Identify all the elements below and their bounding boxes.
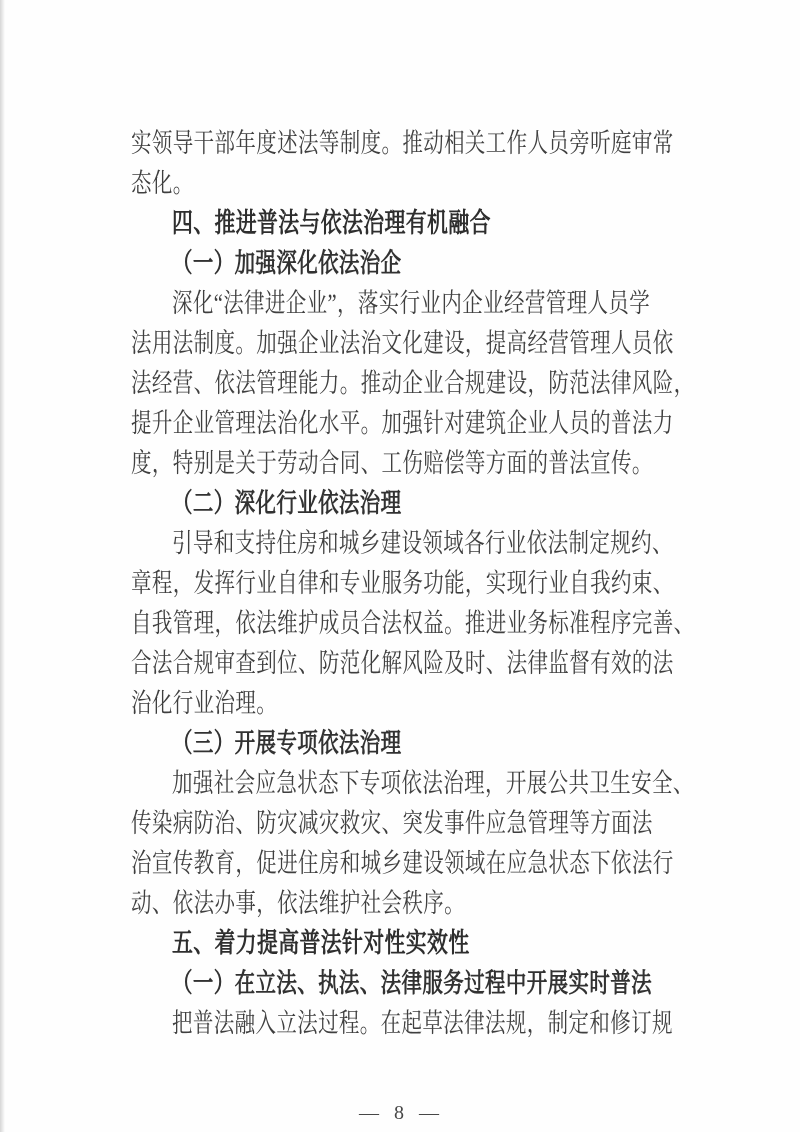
document-text-column: 实领导干部年度述法等制度。推动相关工作人员旁听庭审常 态化。 四、推进普法与依法… (131, 123, 695, 1043)
body-text-line: 治化行业治理。 (131, 683, 695, 723)
body-text-line: 动、依法办事，依法维护社会秩序。 (131, 883, 695, 923)
body-text-line: 加强社会应急状态下专项依法治理，开展公共卫生安全、 (131, 763, 695, 803)
body-text-line: 治宣传教育，促进住房和城乡建设领域在应急状态下依法行 (131, 843, 695, 883)
body-text-line: 实领导干部年度述法等制度。推动相关工作人员旁听庭审常 (131, 123, 695, 163)
paragraph: 引导和支持住房和城乡建设领域各行业依法制定规约、 章程，发挥行业自律和专业服务功… (131, 523, 695, 723)
paragraph: 把普法融入立法过程。在起草法律法规，制定和修订规 (131, 1003, 695, 1043)
body-text-line: 章程，发挥行业自律和专业服务功能，实现行业自我约束、 (131, 563, 695, 603)
section-heading: 四、推进普法与依法治理有机融合 (131, 203, 695, 243)
body-text-line: 合法合规审查到位、防范化解风险及时、法律监督有效的法 (131, 643, 695, 683)
sub-heading: （二）深化行业依法治理 (131, 483, 695, 523)
section-heading: 五、着力提高普法针对性实效性 (131, 923, 695, 963)
page-number: — 8 — (0, 1099, 800, 1127)
sub-heading: （三）开展专项依法治理 (131, 723, 695, 763)
paragraph: 深化“法律进企业”，落实行业内企业经营管理人员学 法用法制度。加强企业法治文化建… (131, 283, 695, 483)
paragraph: 加强社会应急状态下专项依法治理，开展公共卫生安全、 传染病防治、防灾减灾救灾、突… (131, 763, 695, 923)
body-text-line: 提升企业管理法治化水平。加强针对建筑企业人员的普法力 (131, 403, 695, 443)
body-text-line: 把普法融入立法过程。在起草法律法规，制定和修订规 (131, 1003, 695, 1043)
body-text-line: 法用法制度。加强企业法治文化建设，提高经营管理人员依 (131, 323, 695, 363)
document-page: 实领导干部年度述法等制度。推动相关工作人员旁听庭审常 态化。 四、推进普法与依法… (0, 0, 800, 1132)
sub-heading: （一）加强深化依法治企 (131, 243, 695, 283)
body-text-line: 态化。 (131, 163, 695, 203)
section: 四、推进普法与依法治理有机融合 (131, 203, 695, 243)
scan-edge-shadow (0, 0, 5, 1132)
sub-heading: （一）在立法、执法、法律服务过程中开展实时普法 (131, 963, 695, 1003)
body-text-line: 度，特别是关于劳动合同、工伤赔偿等方面的普法宣传。 (131, 443, 695, 483)
body-text-line: 自我管理，依法维护成员合法权益。推进业务标准程序完善、 (131, 603, 695, 643)
body-text-line: 法经营、依法管理能力。推动企业合规建设，防范法律风险， (131, 363, 695, 403)
body-text-line: 传染病防治、防灾减灾救灾、突发事件应急管理等方面法 (131, 803, 695, 843)
body-text-line: 深化“法律进企业”，落实行业内企业经营管理人员学 (131, 283, 695, 323)
body-text-line: 引导和支持住房和城乡建设领域各行业依法制定规约、 (131, 523, 695, 563)
paragraph: 实领导干部年度述法等制度。推动相关工作人员旁听庭审常 态化。 (131, 123, 695, 203)
